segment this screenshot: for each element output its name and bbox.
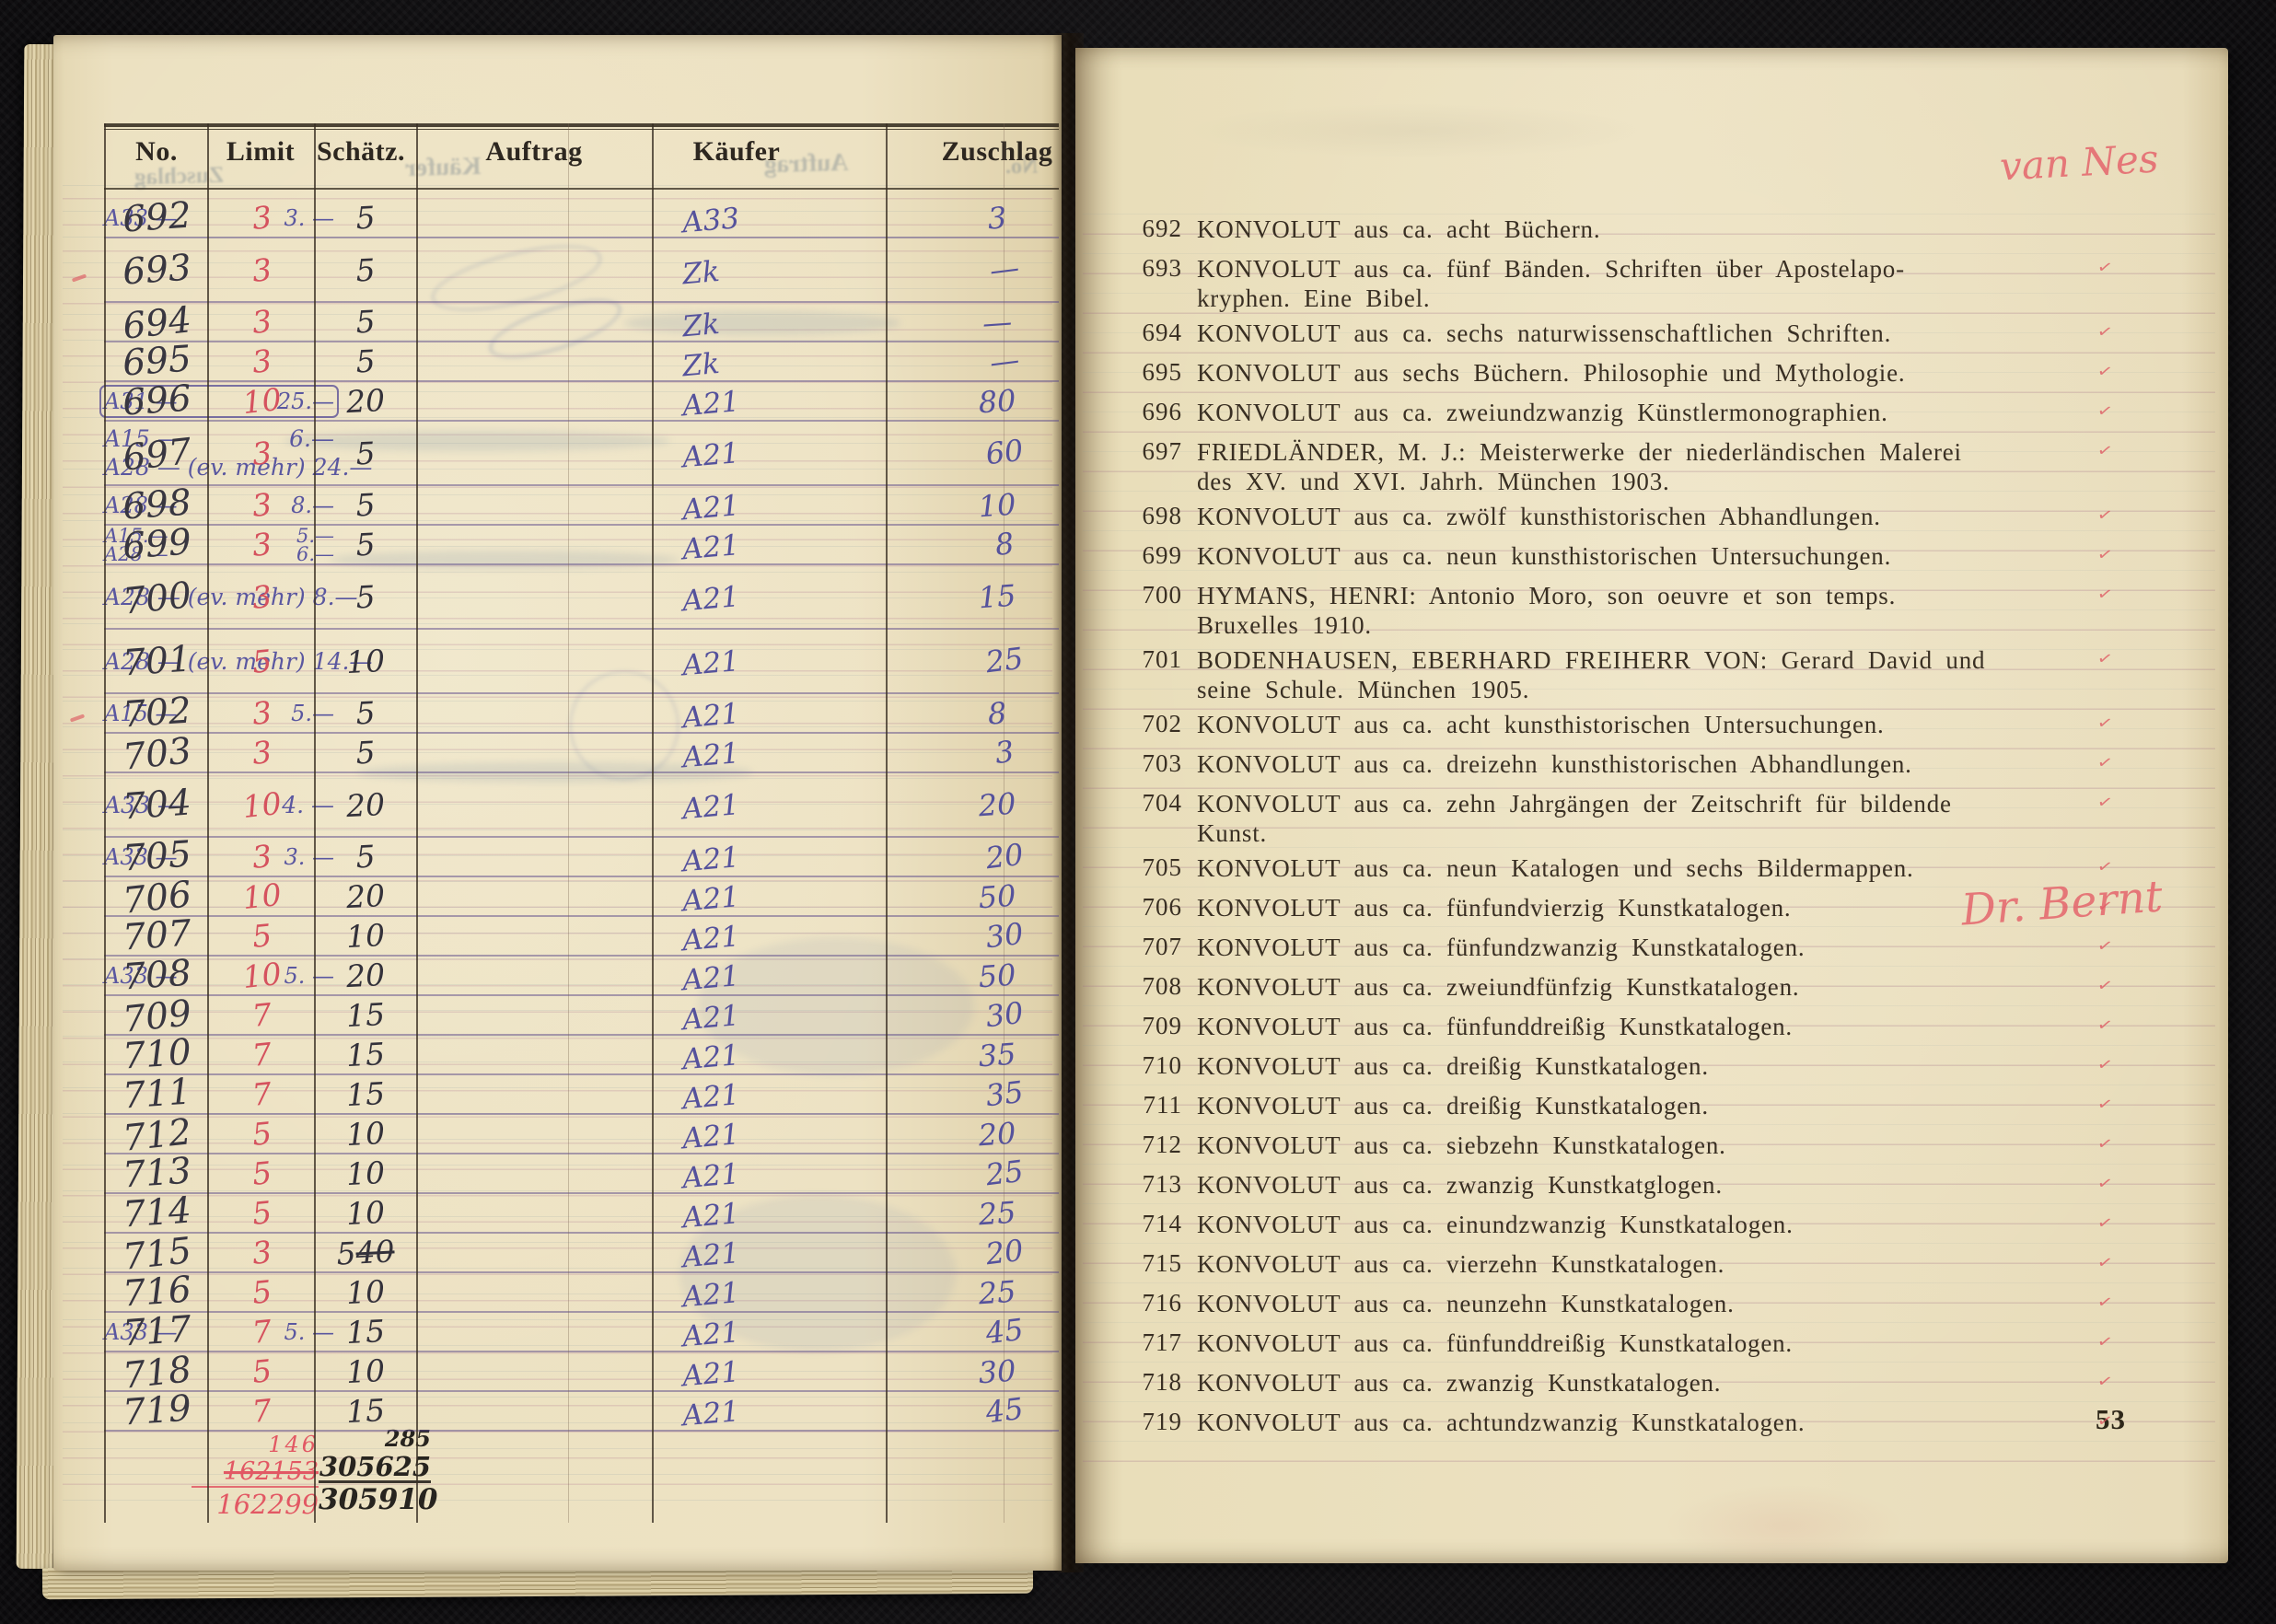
entry-text-line: kryphen. Eine Bibel. xyxy=(1197,284,1905,313)
entry-number: 716 xyxy=(1132,1289,1182,1317)
lot-number: 710 xyxy=(103,1032,212,1077)
column-line xyxy=(886,123,888,1523)
catalog-entry: 712KONVOLUT aus ca. siebzehn Kunstkatalo… xyxy=(1132,1128,2201,1167)
entry-text-line: KONVOLUT aus ca. fünfundvierzig Kunstkat… xyxy=(1197,893,1791,922)
lot-number: 700 xyxy=(101,562,213,635)
ledger-row: 712510A2120 xyxy=(104,1115,1059,1154)
estimate-value: 20 xyxy=(315,875,416,918)
estimate-value: 15 xyxy=(315,993,416,1037)
paper-stain xyxy=(1665,1484,1904,1567)
entry-text-line: KONVOLUT aus ca. acht Büchern. xyxy=(1197,215,1600,244)
entry-text-line: KONVOLUT aus ca. dreizehn kunsthistorisc… xyxy=(1197,749,1912,779)
ledger-row: 69435Zk— xyxy=(104,303,1059,342)
entry-text-line: des XV. und XVI. Jahrh. München 1903. xyxy=(1197,467,1962,496)
estimate-value: 15 xyxy=(315,1310,416,1353)
entry-text-line: Bruxelles 1910. xyxy=(1197,610,1896,640)
estimate-value: 5 xyxy=(315,300,416,343)
entry-text: BODENHAUSEN, EBERHARD FREIHERR VON: Gera… xyxy=(1197,645,1985,704)
entry-number: 700 xyxy=(1132,581,1182,609)
ledger-row: 70535A33 —3. —A2120 xyxy=(104,838,1059,877)
estimate-value: 5 xyxy=(314,563,416,631)
column-header-kaeufer: Käufer xyxy=(654,136,819,168)
entry-number: 699 xyxy=(1132,541,1182,570)
entry-text: KONVOLUT aus ca. einundzwanzig Kunstkata… xyxy=(1197,1210,1794,1239)
catalog-page-right: van Nes Dr. Bernt 692KONVOLUT aus ca. ac… xyxy=(1075,48,2228,1563)
lot-number: 702 xyxy=(103,690,212,736)
catalog-entry: 716KONVOLUT aus ca. neunzehn Kunstkatalo… xyxy=(1132,1286,2201,1326)
entry-number: 696 xyxy=(1132,398,1182,426)
estimate-value: 10 xyxy=(315,1152,416,1195)
ledger-row: 718510A2130 xyxy=(104,1352,1059,1392)
estimate-value: 5 xyxy=(315,523,416,566)
entry-number: 704 xyxy=(1132,789,1182,818)
ledger-row: 719715A2145 xyxy=(104,1392,1059,1432)
lot-number: 699 xyxy=(103,522,212,567)
estimate-value: 10 xyxy=(315,1112,416,1155)
ledger-row: 7061020A2150 xyxy=(104,877,1059,917)
entry-number: 693 xyxy=(1132,254,1182,283)
catalog-entry: 704KONVOLUT aus ca. zehn Jahrgängen der … xyxy=(1132,786,2201,851)
table-header-underline xyxy=(104,188,1059,190)
hammer-price: 20 xyxy=(926,769,1068,841)
entry-number: 710 xyxy=(1132,1051,1182,1080)
entry-text: KONVOLUT aus ca. dreißig Kunstkatalogen. xyxy=(1197,1091,1709,1120)
estimate-value: 5 xyxy=(314,236,416,304)
entry-text: KONVOLUT aus ca. fünfunddreißig Kunstkat… xyxy=(1197,1012,1793,1041)
estimate-value: 5 xyxy=(315,340,416,383)
estimate-value: 10 xyxy=(315,1191,416,1235)
red-checkmark: ✓ xyxy=(2096,256,2114,278)
entry-text: KONVOLUT aus ca. fünfundvierzig Kunstkat… xyxy=(1197,893,1791,922)
column-header-auftrag: Auftrag xyxy=(451,136,617,168)
red-checkmark: ✓ xyxy=(2096,1330,2114,1352)
entry-text: KONVOLUT aus ca. acht Büchern. xyxy=(1197,215,1600,244)
entry-text-line: KONVOLUT aus ca. einundzwanzig Kunstkata… xyxy=(1197,1210,1794,1239)
red-checkmark: ✓ xyxy=(2096,1093,2114,1115)
ledger-row: 709715A2130 xyxy=(104,996,1059,1036)
estimate-value: 15 xyxy=(315,1033,416,1076)
entry-number: 698 xyxy=(1132,502,1182,530)
entry-text: KONVOLUT aus ca. siebzehn Kunstkatalogen… xyxy=(1197,1131,1726,1160)
lot-number: 695 xyxy=(103,339,212,384)
estimate-value: 5 xyxy=(315,196,416,239)
red-checkmark: ✓ xyxy=(2096,791,2114,813)
entry-number: 715 xyxy=(1132,1249,1182,1278)
entry-text-line: BODENHAUSEN, EBERHARD FREIHERR VON: Gera… xyxy=(1197,645,1985,675)
entry-number: 705 xyxy=(1132,853,1182,882)
ledger-row: 69235A33 —3. —A333 xyxy=(104,199,1059,238)
estimate-struck-value: 40 xyxy=(354,1233,395,1270)
entry-number: 719 xyxy=(1132,1408,1182,1436)
lot-number: 717 xyxy=(103,1309,212,1354)
entry-text: KONVOLUT aus ca. zweiundzwanzig Künstler… xyxy=(1197,398,1888,427)
estimate-value: 10 xyxy=(314,627,416,695)
catalog-entry: 708KONVOLUT aus ca. zweiundfünfzig Kunst… xyxy=(1132,969,2201,1009)
entry-text: KONVOLUT aus ca. acht kunsthistorischen … xyxy=(1197,710,1885,739)
ledger-page-left: Zuschlag Käufer Auftrag No. No. Limit Sc… xyxy=(53,35,1062,1571)
estimate-grand-total: 305910 xyxy=(319,1480,431,1514)
estimate-value: 10 xyxy=(315,914,416,957)
catalog-entry: 699KONVOLUT aus ca. neun kunsthistorisch… xyxy=(1132,539,2201,578)
hammer-price: 15 xyxy=(926,561,1068,632)
estimate-value: 15 xyxy=(315,1389,416,1433)
ledger-row: 7081020A33 —5. —A2150 xyxy=(104,957,1059,996)
entry-number: 718 xyxy=(1132,1368,1182,1397)
catalog-entry: 711KONVOLUT aus ca. dreißig Kunstkatalog… xyxy=(1132,1088,2201,1128)
entry-text-line: KONVOLUT aus ca. fünfunddreißig Kunstkat… xyxy=(1197,1328,1793,1358)
entry-text-line: KONVOLUT aus ca. dreißig Kunstkatalogen. xyxy=(1197,1091,1709,1120)
entry-text: KONVOLUT aus ca. neun Katalogen und sech… xyxy=(1197,853,1914,883)
catalog-entry: 714KONVOLUT aus ca. einundzwanzig Kunstk… xyxy=(1132,1207,2201,1247)
estimate-value: 5 xyxy=(315,835,416,878)
estimate-totals: 285 305625 305910 xyxy=(319,1425,431,1514)
catalog-entry: 698KONVOLUT aus ca. zwölf kunsthistorisc… xyxy=(1132,499,2201,539)
entry-text: KONVOLUT aus ca. fünf Bänden. Schriften … xyxy=(1197,254,1905,313)
entry-number: 709 xyxy=(1132,1012,1182,1040)
catalog-entry: 694KONVOLUT aus ca. sechs naturwissensch… xyxy=(1132,316,2201,355)
limit-grand-total: 162299 xyxy=(192,1486,319,1518)
entry-text: KONVOLUT aus ca. vierzehn Kunstkatalogen… xyxy=(1197,1249,1724,1279)
estimate-value: 20 xyxy=(315,379,416,423)
estimate-prev-total: 305625 xyxy=(319,1453,431,1480)
lot-number: 698 xyxy=(103,482,212,528)
entry-text-line: KONVOLUT aus ca. neun kunsthistorischen … xyxy=(1197,541,1891,571)
catalog-entry: 692KONVOLUT aus ca. acht Büchern. xyxy=(1132,212,2201,251)
entry-number: 707 xyxy=(1132,933,1182,961)
estimate-value: 20 xyxy=(315,954,416,997)
red-checkmark: ✓ xyxy=(2096,583,2114,605)
entry-text-line: KONVOLUT aus ca. zehn Jahrgängen der Zei… xyxy=(1197,789,1952,818)
entry-text-line: KONVOLUT aus sechs Büchern. Philosophie … xyxy=(1197,358,1905,388)
entry-text: HYMANS, HENRI: Antonio Moro, son oeuvre … xyxy=(1197,581,1896,640)
column-line-faint xyxy=(568,123,569,1523)
red-margin-mark xyxy=(72,273,87,282)
entry-text-line: KONVOLUT aus ca. neunzehn Kunstkatalogen… xyxy=(1197,1289,1735,1318)
entry-text: KONVOLUT aus ca. fünfundzwanzig Kunstkat… xyxy=(1197,933,1805,962)
paper-stain xyxy=(1186,103,1646,158)
entry-number: 695 xyxy=(1132,358,1182,387)
ledger-row: 69835A28 —8.—A2110 xyxy=(104,486,1059,526)
red-checkmark: ✓ xyxy=(2096,360,2114,382)
red-checkmark: ✓ xyxy=(2096,1132,2114,1154)
red-checkmark: ✓ xyxy=(2096,751,2114,773)
table-top-rule xyxy=(104,123,1059,130)
entry-text-line: KONVOLUT aus ca. fünf Bänden. Schriften … xyxy=(1197,254,1905,284)
limit-prev-total: 162153 xyxy=(192,1458,319,1486)
entry-number: 694 xyxy=(1132,319,1182,347)
entry-text-line: KONVOLUT aus ca. sechs naturwissenschaft… xyxy=(1197,319,1891,348)
red-checkmark: ✓ xyxy=(2096,1370,2114,1392)
lot-number: 697 xyxy=(101,418,213,492)
catalog-entry: 700HYMANS, HENRI: Antonio Moro, son oeuv… xyxy=(1132,578,2201,643)
ledger-row: 701510A28 — (ev. mehr)14.—A2125 xyxy=(104,630,1059,694)
catalog-entry: 715KONVOLUT aus ca. vierzehn Kunstkatalo… xyxy=(1132,1247,2201,1286)
entry-text-line: KONVOLUT aus ca. neun Katalogen und sech… xyxy=(1197,853,1914,883)
entry-text-line: KONVOLUT aus ca. achtundzwanzig Kunstkat… xyxy=(1197,1408,1805,1437)
entry-number: 717 xyxy=(1132,1328,1182,1357)
red-checkmark: ✓ xyxy=(2096,400,2114,422)
entry-text: KONVOLUT aus ca. neun kunsthistorischen … xyxy=(1197,541,1891,571)
red-checkmark: ✓ xyxy=(2096,439,2114,461)
column-line xyxy=(416,123,418,1523)
lot-number: 705 xyxy=(103,834,212,879)
column-header-schaetz: Schätz. xyxy=(278,136,444,168)
entry-text: KONVOLUT aus ca. fünfunddreißig Kunstkat… xyxy=(1197,1328,1793,1358)
red-checkmark: ✓ xyxy=(2096,543,2114,565)
limit-value: 3 xyxy=(207,560,317,632)
entry-number: 697 xyxy=(1132,437,1182,466)
lot-number: 719 xyxy=(103,1388,212,1433)
limit-page-sum: 146 xyxy=(192,1431,319,1458)
ledger-rows: 69235A33 —3. —A33369335Zk—69435Zk—69535Z… xyxy=(104,199,1059,1432)
ledger-row: 69935A15.—5.—A28 —6.—A218 xyxy=(104,526,1059,565)
entry-text: KONVOLUT aus ca. zweiundfünfzig Kunstkat… xyxy=(1197,972,1799,1002)
entry-text-line: KONVOLUT aus ca. siebzehn Kunstkatalogen… xyxy=(1197,1131,1726,1160)
buyer-value: A21 xyxy=(656,1385,824,1437)
ledger-row: 714510A2125 xyxy=(104,1194,1059,1234)
estimate-value: 10 xyxy=(315,1270,416,1314)
estimate-value: 540 xyxy=(315,1231,416,1274)
entry-text: KONVOLUT aus ca. sechs naturwissenschaft… xyxy=(1197,319,1891,348)
column-line-faint xyxy=(1004,123,1004,1523)
entry-text-line: KONVOLUT aus ca. acht kunsthistorischen … xyxy=(1197,710,1885,739)
entry-text-line: KONVOLUT aus ca. zwölf kunsthistorischen… xyxy=(1197,502,1881,531)
ledger-row: 710715A2135 xyxy=(104,1036,1059,1075)
column-line xyxy=(314,123,316,1523)
ledger-row: 6961020A31 —25.—A2180 xyxy=(104,382,1059,422)
estimate-value: 20 xyxy=(314,771,416,839)
lot-number: 714 xyxy=(103,1190,212,1235)
entry-number: 712 xyxy=(1132,1131,1182,1159)
estimate-value: 5 xyxy=(314,419,416,487)
catalog-entry: 713KONVOLUT aus ca. zwanzig Kunstkatglog… xyxy=(1132,1167,2201,1207)
red-checkmark: ✓ xyxy=(2096,934,2114,957)
entry-number: 711 xyxy=(1132,1091,1182,1119)
catalog-entry: 697FRIEDLÄNDER, M. J.: Meisterwerke der … xyxy=(1132,435,2201,499)
catalog-entry: 702KONVOLUT aus ca. acht kunsthistorisch… xyxy=(1132,707,2201,747)
entry-number: 692 xyxy=(1132,215,1182,243)
estimate-value: 15 xyxy=(315,1073,416,1116)
catalog-entry: 707KONVOLUT aus ca. fünfundzwanzig Kunst… xyxy=(1132,930,2201,969)
entry-text: KONVOLUT aus ca. neunzehn Kunstkatalogen… xyxy=(1197,1289,1735,1318)
ledger-row: 716510A2125 xyxy=(104,1273,1059,1313)
estimate-value: 10 xyxy=(315,1350,416,1393)
lot-number: 693 xyxy=(102,235,212,305)
red-checkmark: ✓ xyxy=(2096,712,2114,734)
ledger-row: 7153540A2120 xyxy=(104,1234,1059,1273)
entry-text: KONVOLUT aus ca. zwanzig Kunstkatalogen. xyxy=(1197,1368,1721,1398)
entry-text-line: KONVOLUT aus ca. zweiundfünfzig Kunstkat… xyxy=(1197,972,1799,1002)
catalog-entry: 693KONVOLUT aus ca. fünf Bänden. Schrift… xyxy=(1132,251,2201,316)
limit-value: 3 xyxy=(207,416,317,489)
entry-text-line: Kunst. xyxy=(1197,818,1952,848)
ledger-row: 70035A28 — (ev. mehr)8.—A2115 xyxy=(104,565,1059,630)
catalog-entry: 709KONVOLUT aus ca. fünfunddreißig Kunst… xyxy=(1132,1009,2201,1049)
entry-text: KONVOLUT aus ca. zehn Jahrgängen der Zei… xyxy=(1197,789,1952,848)
ledger-row: 70335A213 xyxy=(104,734,1059,773)
ledger-row: 7041020A33 —4. —A2120 xyxy=(104,773,1059,838)
lot-number: 716 xyxy=(103,1270,212,1315)
entry-text-line: KONVOLUT aus ca. vierzehn Kunstkatalogen… xyxy=(1197,1249,1724,1279)
entry-number: 701 xyxy=(1132,645,1182,674)
lot-number: 711 xyxy=(103,1072,212,1117)
entry-number: 714 xyxy=(1132,1210,1182,1238)
entry-number: 706 xyxy=(1132,893,1182,922)
entry-text-line: KONVOLUT aus ca. zweiundzwanzig Künstler… xyxy=(1197,398,1888,427)
entry-text: KONVOLUT aus ca. dreißig Kunstkatalogen. xyxy=(1197,1051,1709,1081)
entry-text-line: FRIEDLÄNDER, M. J.: Meisterwerke der nie… xyxy=(1197,437,1962,467)
entry-text: KONVOLUT aus ca. dreizehn kunsthistorisc… xyxy=(1197,749,1912,779)
lot-number: 692 xyxy=(103,195,212,240)
ledger-row: 70235A15 —5.—A218 xyxy=(104,694,1059,734)
column-line xyxy=(207,123,209,1523)
entry-number: 713 xyxy=(1132,1170,1182,1199)
lot-number: 701 xyxy=(102,626,212,696)
red-checkmark: ✓ xyxy=(2096,1409,2114,1432)
red-checkmark: ✓ xyxy=(2096,320,2114,342)
dealer-annotation-top: van Nes xyxy=(1999,136,2160,190)
entry-text-line: KONVOLUT aus ca. zwanzig Kunstkatalogen. xyxy=(1197,1368,1721,1398)
red-checkmark: ✓ xyxy=(2096,1053,2114,1075)
entry-text-line: KONVOLUT aus ca. fünfundzwanzig Kunstkat… xyxy=(1197,933,1805,962)
lot-number: 713 xyxy=(103,1151,212,1196)
entry-text: KONVOLUT aus ca. zwölf kunsthistorischen… xyxy=(1197,502,1881,531)
limit-value: 10 xyxy=(207,768,317,841)
entry-number: 703 xyxy=(1132,749,1182,778)
catalog-entry: 701BODENHAUSEN, EBERHARD FREIHERR VON: G… xyxy=(1132,643,2201,707)
ledger-row: 69735A15 —6.—A28 — (ev. mehr)24.—A2160 xyxy=(104,422,1059,486)
entry-text: KONVOLUT aus sechs Büchern. Philosophie … xyxy=(1197,358,1905,388)
lot-number: 707 xyxy=(103,913,212,958)
limit-totals: 146 162153 162299 xyxy=(192,1431,319,1518)
estimate-value: 5 xyxy=(315,483,416,527)
ledger-row: 69335Zk— xyxy=(104,238,1059,303)
estimate-value: 5 xyxy=(315,691,416,735)
red-checkmark: ✓ xyxy=(2096,1212,2114,1234)
book-spread: Zuschlag Käufer Auftrag No. No. Limit Sc… xyxy=(0,0,2276,1624)
column-line xyxy=(104,123,106,1523)
entry-text-line: KONVOLUT aus ca. fünfunddreißig Kunstkat… xyxy=(1197,1012,1793,1041)
catalog-entry: 710KONVOLUT aus ca. dreißig Kunstkatalog… xyxy=(1132,1049,2201,1088)
red-margin-mark xyxy=(70,713,85,722)
catalog-entry: 695KONVOLUT aus sechs Büchern. Philosoph… xyxy=(1132,355,2201,395)
red-checkmark: ✓ xyxy=(2096,974,2114,996)
catalog-entry: 703KONVOLUT aus ca. dreizehn kunsthistor… xyxy=(1132,747,2201,786)
red-checkmark: ✓ xyxy=(2096,1251,2114,1273)
entry-text: KONVOLUT aus ca. zwanzig Kunstkatglogen. xyxy=(1197,1170,1723,1200)
red-checkmark: ✓ xyxy=(2096,504,2114,526)
red-checkmark: ✓ xyxy=(2096,1172,2114,1194)
ledger-row: 713510A2125 xyxy=(104,1154,1059,1194)
catalog-entry: 718KONVOLUT aus ca. zwanzig Kunstkatalog… xyxy=(1132,1365,2201,1405)
estimate-value: 5 xyxy=(315,731,416,774)
red-checkmark: ✓ xyxy=(2096,1014,2114,1036)
limit-value: 3 xyxy=(207,233,317,306)
lot-number: 704 xyxy=(102,770,212,840)
entry-text-line: KONVOLUT aus ca. dreißig Kunstkatalogen. xyxy=(1197,1051,1709,1081)
entry-text-line: KONVOLUT aus ca. zwanzig Kunstkatglogen. xyxy=(1197,1170,1723,1200)
column-line xyxy=(652,123,654,1523)
entry-text-line: seine Schule. München 1905. xyxy=(1197,675,1985,704)
entry-text-line: HYMANS, HENRI: Antonio Moro, son oeuvre … xyxy=(1197,581,1896,610)
entry-number: 702 xyxy=(1132,710,1182,738)
catalog-entry: 719KONVOLUT aus ca. achtundzwanzig Kunst… xyxy=(1132,1405,2201,1444)
entry-text: FRIEDLÄNDER, M. J.: Meisterwerke der nie… xyxy=(1197,437,1962,496)
catalog-entries: 692KONVOLUT aus ca. acht Büchern.693KONV… xyxy=(1132,212,2201,1444)
red-checkmark: ✓ xyxy=(2096,1291,2114,1313)
lot-number: 708 xyxy=(103,953,212,998)
ledger-row: 69535Zk— xyxy=(104,342,1059,382)
entry-text: KONVOLUT aus ca. achtundzwanzig Kunstkat… xyxy=(1197,1408,1805,1437)
ledger-row: 707510A2130 xyxy=(104,917,1059,957)
ledger-row: 711715A2135 xyxy=(104,1075,1059,1115)
catalog-entry: 696KONVOLUT aus ca. zweiundzwanzig Künst… xyxy=(1132,395,2201,435)
catalog-entry: 717KONVOLUT aus ca. fünfunddreißig Kunst… xyxy=(1132,1326,2201,1365)
lot-number: 696 xyxy=(103,378,212,423)
limit-value: 5 xyxy=(207,624,317,697)
red-checkmark: ✓ xyxy=(2096,647,2114,669)
entry-number: 708 xyxy=(1132,972,1182,1001)
ledger-row: 717715A33 —5. —A2145 xyxy=(104,1313,1059,1352)
